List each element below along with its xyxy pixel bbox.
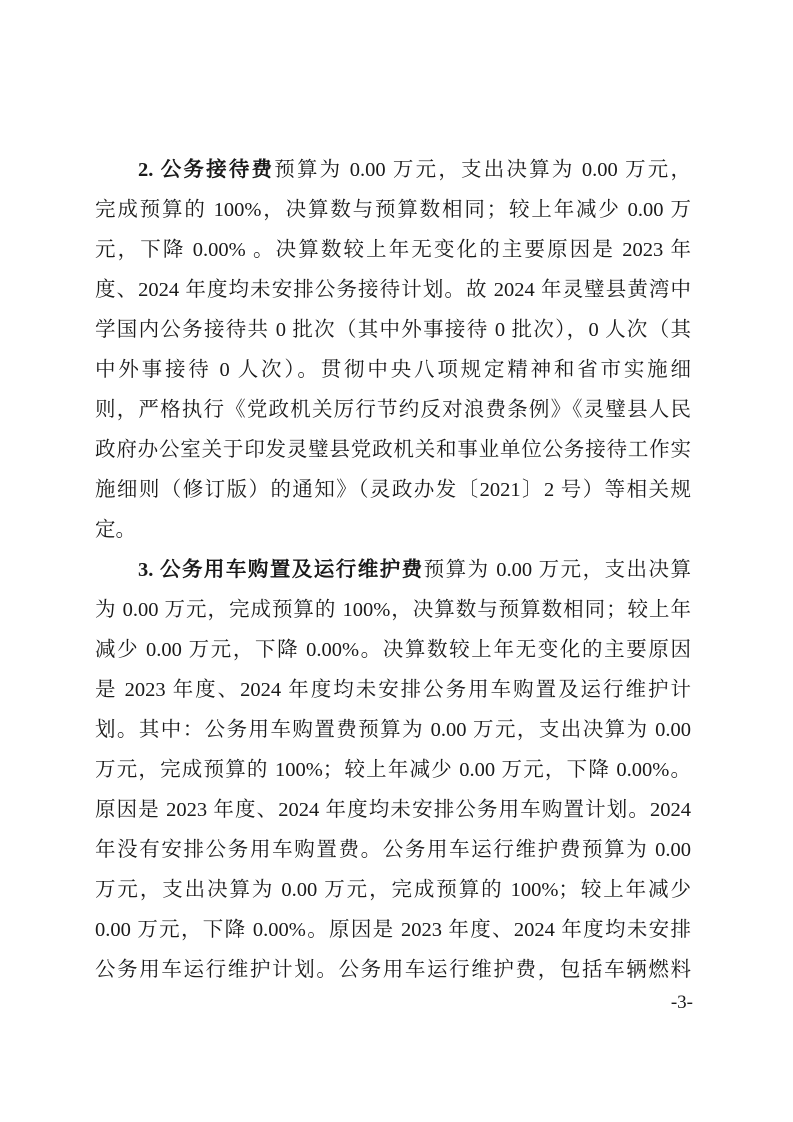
text-line: 减少 0.00 万元，下降 0.00%。决算数较上年无变化的主要原因 [95, 630, 691, 670]
text-line: 2. 公务接待费预算为 0.00 万元，支出决算为 0.00 万元， [95, 150, 691, 190]
text-line: 施细则（修订版）的通知》（灵政办发〔2021〕2 号）等相关规 [95, 470, 691, 510]
text-line: 万元，完成预算的 100%；较上年减少 0.00 万元，下降 0.00%。 [95, 750, 691, 790]
text-line: 3. 公务用车购置及运行维护费预算为 0.00 万元，支出决算 [95, 550, 691, 590]
section-heading: 3. 公务用车购置及运行维护费 [138, 559, 424, 581]
text-run: 预算为 0.00 万元，支出决算 [424, 559, 691, 581]
text-line: 定。 [95, 510, 691, 550]
text-line: 0.00 万元，下降 0.00%。原因是 2023 年度、2024 年度均未安排 [95, 910, 691, 950]
text-line: 是 2023 年度、2024 年度均未安排公务用车购置及运行维护计 [95, 670, 691, 710]
text-line: 万元，支出决算为 0.00 万元，完成预算的 100%；较上年减少 [95, 870, 691, 910]
text-line: 学国内公务接待共 0 批次（其中外事接待 0 批次），0 人次（其 [95, 310, 691, 350]
text-line: 划。其中：公务用车购置费预算为 0.00 万元，支出决算为 0.00 [95, 710, 691, 750]
document-page: 2. 公务接待费预算为 0.00 万元，支出决算为 0.00 万元， 完成预算的… [0, 0, 793, 1122]
text-line: 原因是 2023 年度、2024 年度均未安排公务用车购置计划。2024 [95, 790, 691, 830]
document-body: 2. 公务接待费预算为 0.00 万元，支出决算为 0.00 万元， 完成预算的… [95, 150, 691, 990]
text-line: 度、2024 年度均未安排公务接待计划。故 2024 年灵璧县黄湾中 [95, 270, 691, 310]
text-line: 政府办公室关于印发灵璧县党政机关和事业单位公务接待工作实 [95, 430, 691, 470]
text-line: 公务用车运行维护计划。公务用车运行维护费，包括车辆燃料 [95, 950, 691, 990]
text-line: 中外事接待 0 人次）。贯彻中央八项规定精神和省市实施细 [95, 350, 691, 390]
section-heading: 2. 公务接待费 [138, 159, 274, 181]
paragraph-official-reception: 2. 公务接待费预算为 0.00 万元，支出决算为 0.00 万元， 完成预算的… [95, 150, 691, 550]
paragraph-official-vehicle: 3. 公务用车购置及运行维护费预算为 0.00 万元，支出决算 为 0.00 万… [95, 550, 691, 990]
text-line: 元，下降 0.00% 。决算数较上年无变化的主要原因是 2023 年 [95, 230, 691, 270]
text-line: 为 0.00 万元，完成预算的 100%，决算数与预算数相同；较上年 [95, 590, 691, 630]
text-line: 则，严格执行《党政机关厉行节约反对浪费条例》《灵璧县人民 [95, 390, 691, 430]
text-line: 完成预算的 100%，决算数与预算数相同；较上年减少 0.00 万 [95, 190, 691, 230]
text-run: 预算为 0.00 万元，支出决算为 0.00 万元， [274, 159, 691, 181]
text-line: 年没有安排公务用车购置费。公务用车运行维护费预算为 0.00 [95, 830, 691, 870]
page-number: -3- [671, 992, 693, 1014]
